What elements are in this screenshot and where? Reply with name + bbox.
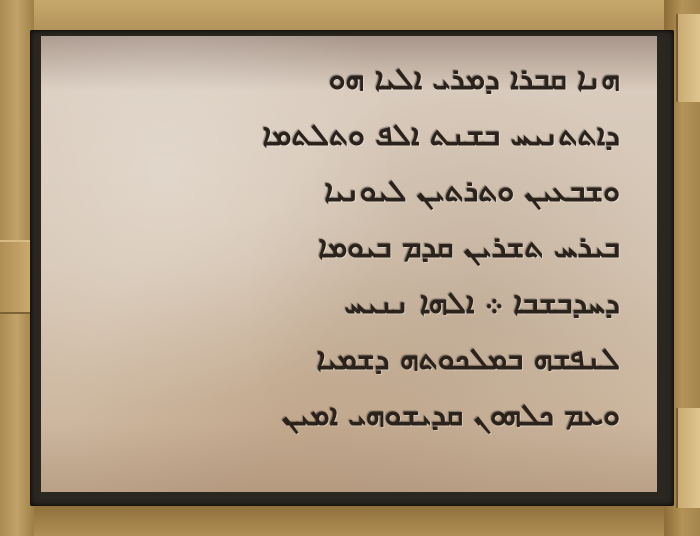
frame-top [0,0,700,30]
inscription-line: ܕܐܬܬܢܝܚ ܒܫܢܬ ܐܠܦ ܘܬܠܬܡܐ [60,108,620,164]
inscription-line: ܗܢܐ ܩܒܪܐ ܕܡܪܝ ܐܠܝܐ ܗܘ [60,52,620,108]
inscription-line: ܒܝܪܚ ܬܫܪܝܢ ܩܕܡ ܒܝܘܡܐ [60,220,620,276]
inscription-line: ܘܫܒܥܝܢ ܘܬܪܬܝܢ ܠܝܘܢܝܐ [60,164,620,220]
frame-left [0,0,34,536]
frame-block-bottom [676,408,700,508]
inscription: ܗܢܐ ܩܒܪܐ ܕܡܪܝ ܐܠܝܐ ܗܘ ܕܐܬܬܢܝܚ ܒܫܢܬ ܐܠܦ ܘ… [60,52,620,444]
inscription-line: ܘܥܡ ܟܠܗܘܢ ܩܕܝܫܘܗܝ ܐܡܝܢ [60,388,620,444]
frame-notch [0,240,30,314]
inscription-line: ܕܚܕܒܫܒܐ ܀ ܐܠܗܐ ܢܢܝܚ [60,276,620,332]
frame-block-top [676,14,700,102]
inscription-line: ܠܢܦܫܗ ܒܡܠܟܘܬܗ ܕܫܡܝܐ [60,332,620,388]
